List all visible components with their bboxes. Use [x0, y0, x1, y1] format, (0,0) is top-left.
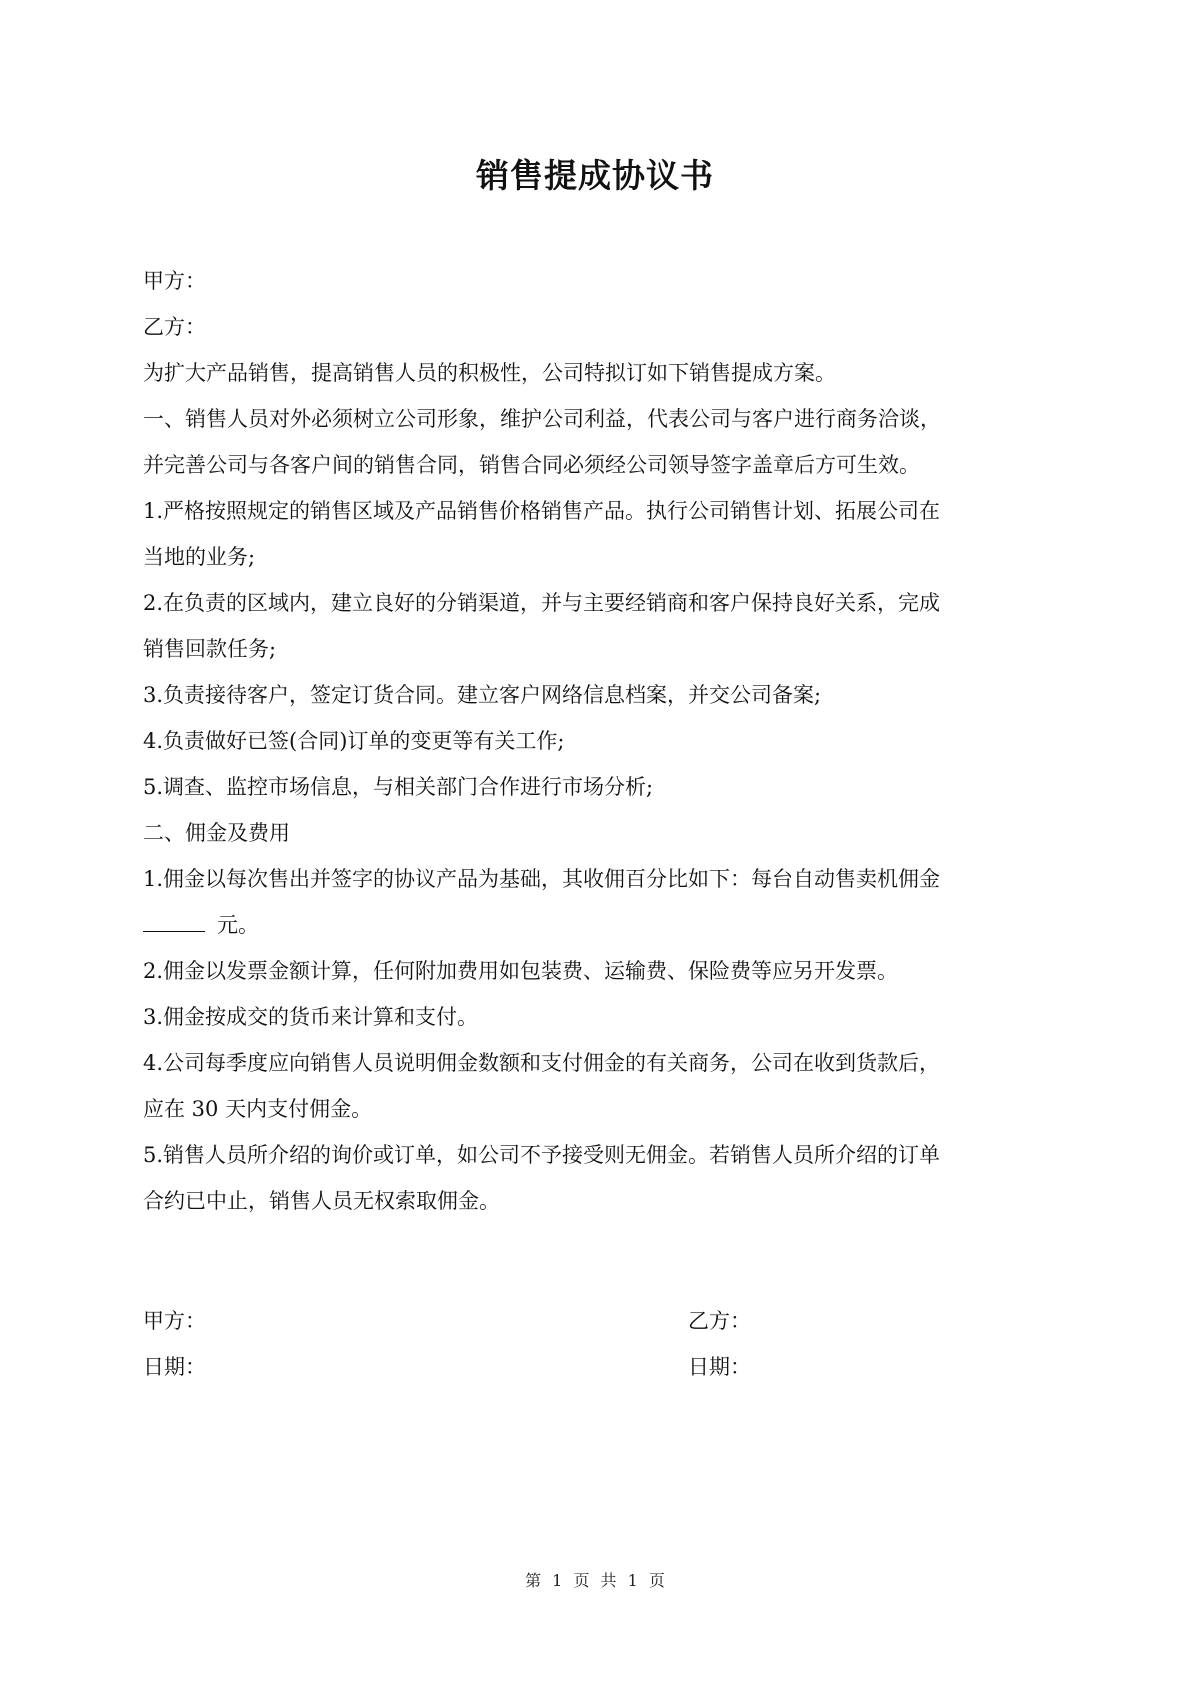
section2-item-1-line2: 元。: [143, 902, 1063, 948]
section1-item-3: 3.负责接待客户，签定订货合同。建立客户网络信息档案，并交公司备案;: [143, 672, 1063, 718]
section1-item-2-line2: 销售回款任务;: [143, 626, 1063, 672]
section1-item-5: 5.调查、监控市场信息，与相关部门合作进行市场分析;: [143, 764, 1063, 810]
commission-amount-blank: [143, 909, 205, 932]
intro-paragraph: 为扩大产品销售，提高销售人员的积极性，公司特拟订如下销售提成方案。: [143, 350, 1063, 396]
section1-item-4: 4.负责做好已签(合同)订单的变更等有关工作;: [143, 718, 1063, 764]
document-title: 销售提成协议书: [0, 150, 1190, 197]
document-body: 甲方： 乙方： 为扩大产品销售，提高销售人员的积极性，公司特拟订如下销售提成方案…: [143, 258, 1063, 1224]
section2-item-4-line2: 应在 30 天内支付佣金。: [143, 1086, 1063, 1132]
section1-heading-line1: 一、销售人员对外必须树立公司形象，维护公司利益，代表公司与客户进行商务洽谈，: [143, 396, 1063, 442]
signature-date-a: 日期：: [143, 1344, 206, 1390]
yuan-suffix: 元。: [217, 913, 259, 937]
section2-item-5-line2: 合约已中止，销售人员无权索取佣金。: [143, 1178, 1063, 1224]
section2-item-5-line1: 5.销售人员所介绍的询价或订单，如公司不予接受则无佣金。若销售人员所介绍的订单: [143, 1132, 1063, 1178]
section1-item-2-line1: 2.在负责的区域内，建立良好的分销渠道，并与主要经销商和客户保持良好关系，完成: [143, 580, 1063, 626]
document-page: 销售提成协议书 甲方： 乙方： 为扩大产品销售，提高销售人员的积极性，公司特拟订…: [0, 0, 1190, 1683]
party-b-label: 乙方：: [143, 304, 1063, 350]
section2-item-4-line1: 4.公司每季度应向销售人员说明佣金数额和支付佣金的有关商务，公司在收到货款后，: [143, 1040, 1063, 1086]
section2-heading: 二、佣金及费用: [143, 810, 1063, 856]
signature-party-b: 乙方：: [688, 1298, 751, 1344]
signature-date-b: 日期：: [688, 1344, 751, 1390]
section1-heading-line2: 并完善公司与各客户间的销售合同，销售合同必须经公司领导签字盖章后方可生效。: [143, 442, 1063, 488]
party-a-label: 甲方：: [143, 258, 1063, 304]
signature-right: 乙方： 日期：: [688, 1298, 751, 1390]
section1-item-1-line1: 1.严格按照规定的销售区域及产品销售价格销售产品。执行公司销售计划、拓展公司在: [143, 488, 1063, 534]
section1-item-1-line2: 当地的业务;: [143, 534, 1063, 580]
section2-item-1-line1: 1.佣金以每次售出并签字的协议产品为基础，其收佣百分比如下：每台自动售卖机佣金: [143, 856, 1063, 902]
section2-item-3: 3.佣金按成交的货币来计算和支付。: [143, 994, 1063, 1040]
signature-left: 甲方： 日期：: [143, 1298, 206, 1390]
page-footer: 第 1 页 共 1 页: [0, 1568, 1190, 1591]
section2-item-2: 2.佣金以发票金额计算，任何附加费用如包装费、运输费、保险费等应另开发票。: [143, 948, 1063, 994]
signature-party-a: 甲方：: [143, 1298, 206, 1344]
